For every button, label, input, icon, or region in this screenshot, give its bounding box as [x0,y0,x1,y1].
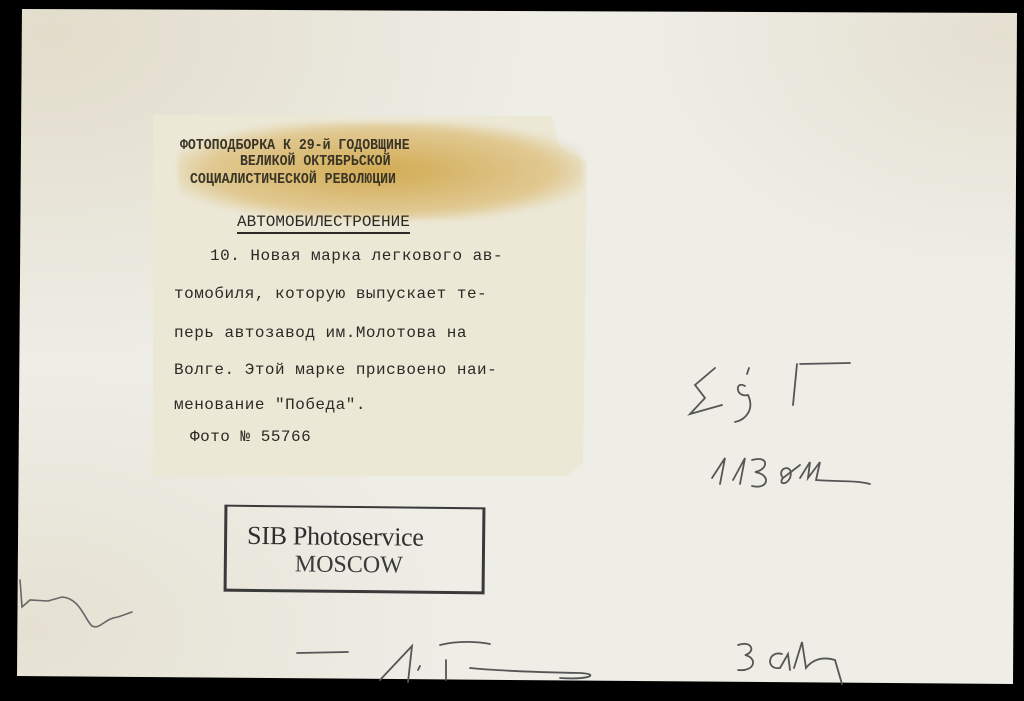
handwriting-strokes [0,0,1024,701]
